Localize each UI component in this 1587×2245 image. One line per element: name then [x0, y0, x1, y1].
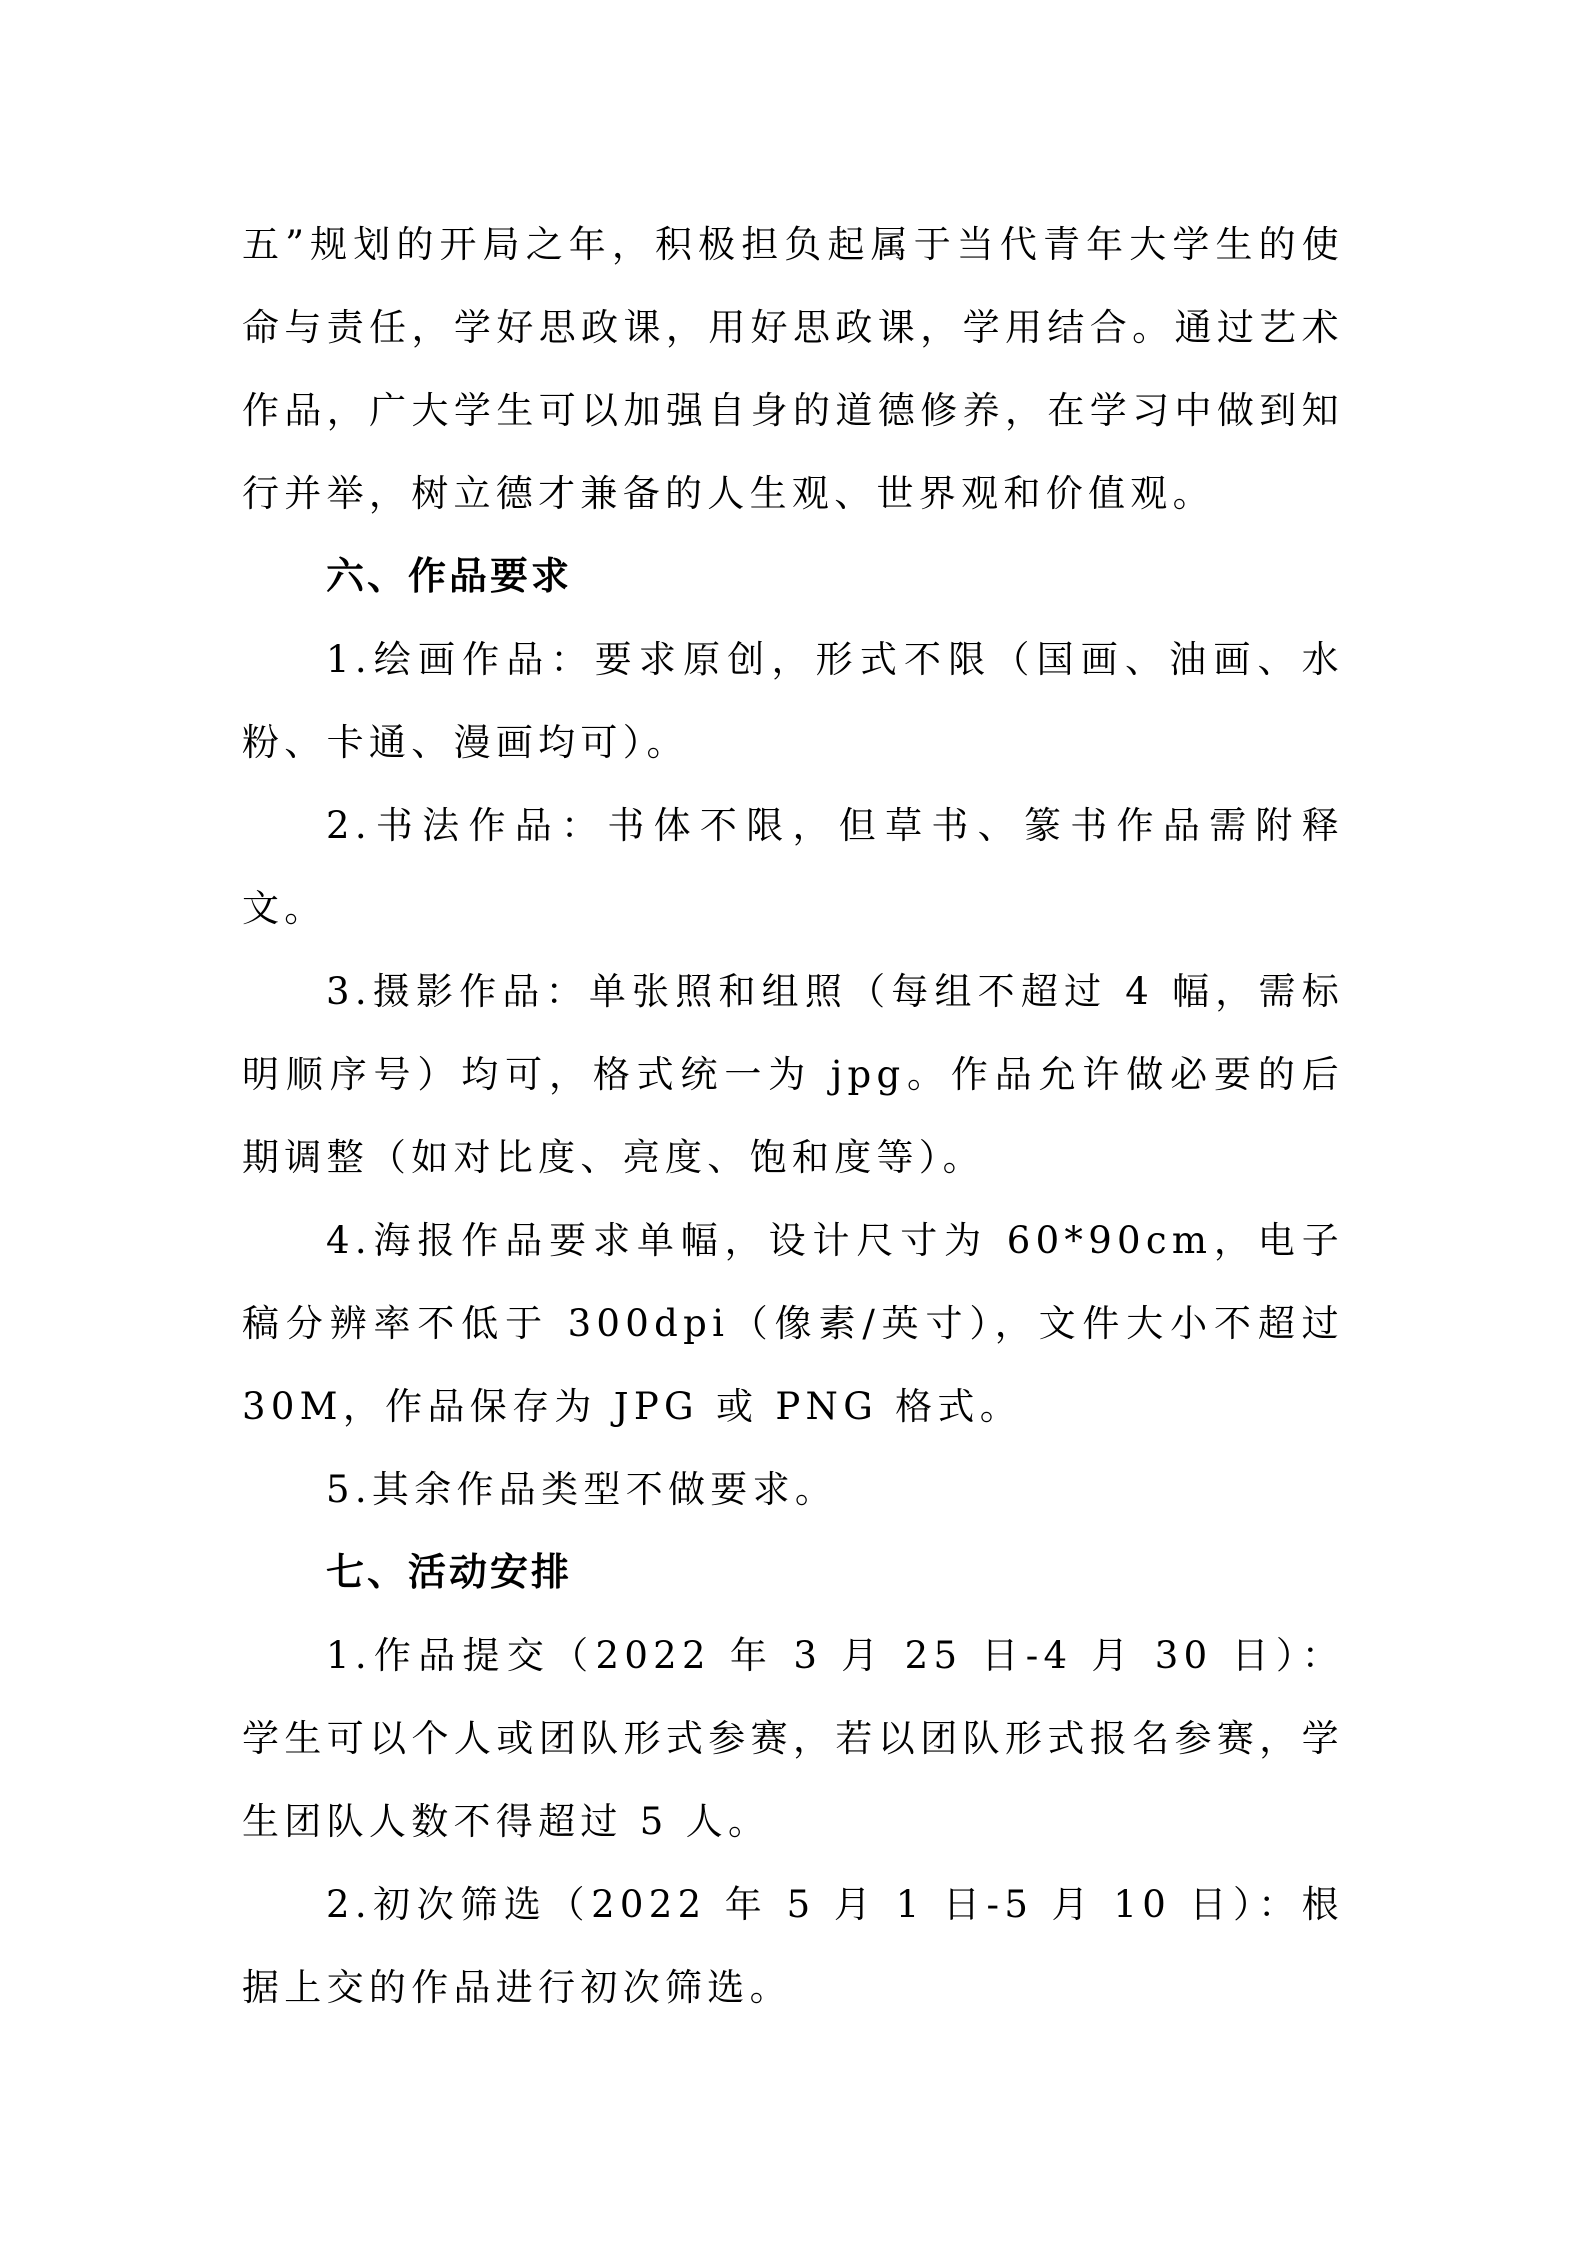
requirement-painting: 1.绘画作品：要求原创，形式不限（国画、油画、水粉、卡通、漫画均可）。: [242, 618, 1344, 784]
section-work-requirements: 六、作品要求 1.绘画作品：要求原创，形式不限（国画、油画、水粉、卡通、漫画均可…: [242, 535, 1344, 1531]
document-page: 五”规划的开局之年，积极担负起属于当代青年大学生的使命与责任，学好思政课，用好思…: [242, 203, 1344, 2029]
section-activity-schedule: 七、活动安排 1.作品提交（2022 年 3 月 25 日-4 月 30 日）：…: [242, 1531, 1344, 2029]
schedule-initial-screening: 2.初次筛选（2022 年 5 月 1 日-5 月 10 日）：根据上交的作品进…: [242, 1863, 1344, 2029]
requirement-calligraphy: 2.书法作品：书体不限，但草书、篆书作品需附释文。: [242, 784, 1344, 950]
requirement-photography: 3.摄影作品：单张照和组照（每组不超过 4 幅，需标明顺序号）均可，格式统一为 …: [242, 950, 1344, 1199]
section-heading-work-requirements: 六、作品要求: [242, 535, 1344, 618]
requirement-poster: 4.海报作品要求单幅，设计尺寸为 60*90cm，电子稿分辨率不低于 300dp…: [242, 1199, 1344, 1448]
schedule-submission: 1.作品提交（2022 年 3 月 25 日-4 月 30 日）：学生可以个人或…: [242, 1614, 1344, 1863]
section-heading-activity-schedule: 七、活动安排: [242, 1531, 1344, 1614]
intro-continuation-paragraph: 五”规划的开局之年，积极担负起属于当代青年大学生的使命与责任，学好思政课，用好思…: [242, 203, 1344, 535]
requirement-other: 5.其余作品类型不做要求。: [242, 1448, 1344, 1531]
